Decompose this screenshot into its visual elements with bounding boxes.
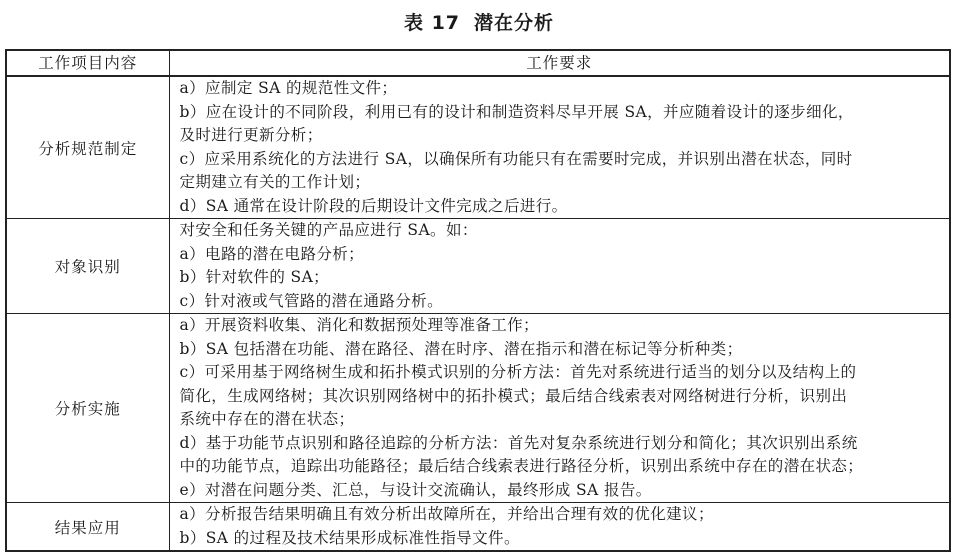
item-name-cell: 对象识别 xyxy=(6,219,169,314)
requirement-line: 系统中存在的潜在状态； xyxy=(180,408,940,432)
requirement-line: b）SA 包括潜在功能、潜在路径、潜在时序、潜在指示和潜在标记等分析种类； xyxy=(180,338,940,362)
table-caption: 表 17潜在分析 xyxy=(0,8,958,38)
requirement-line: 及时进行更新分析； xyxy=(180,124,940,148)
table-row: 对象识别 对安全和任务关键的产品应进行 SA。如： a）电路的潜在电路分析； b… xyxy=(6,219,950,314)
sneak-analysis-table: 工作项目内容 工作要求 分析规范制定 a）应制定 SA 的规范性文件； b）应在… xyxy=(5,49,951,552)
requirement-line: 简化，生成网络树；其次识别网络树中的拓扑模式；最后结合线索表对网络树进行分析，识… xyxy=(180,385,940,409)
requirement-cell: 对安全和任务关键的产品应进行 SA。如： a）电路的潜在电路分析； b）针对软件… xyxy=(169,219,950,314)
table-number: 表 17 xyxy=(404,12,460,34)
header-work-requirement: 工作要求 xyxy=(169,50,950,76)
requirement-line: d）SA 通常在设计阶段的后期设计文件完成之后进行。 xyxy=(180,195,940,219)
table-header-row: 工作项目内容 工作要求 xyxy=(6,50,950,76)
item-name-cell: 分析实施 xyxy=(6,314,169,503)
table-row: 分析规范制定 a）应制定 SA 的规范性文件； b）应在设计的不同阶段，利用已有… xyxy=(6,76,950,219)
requirement-line: 定期建立有关的工作计划； xyxy=(180,171,940,195)
item-name-cell: 分析规范制定 xyxy=(6,76,169,219)
requirement-line: a）应制定 SA 的规范性文件； xyxy=(180,77,940,101)
table-title: 潜在分析 xyxy=(474,12,554,34)
requirement-line: b）针对软件的 SA； xyxy=(180,266,940,290)
requirement-cell: a）应制定 SA 的规范性文件； b）应在设计的不同阶段，利用已有的设计和制造资… xyxy=(169,76,950,219)
requirement-line: a）开展资料收集、消化和数据预处理等准备工作； xyxy=(180,314,940,338)
requirement-line: a）分析报告结果明确且有效分析出故障所在，并给出合理有效的优化建议； xyxy=(180,503,940,527)
requirement-line: e）对潜在问题分类、汇总，与设计交流确认，最终形成 SA 报告。 xyxy=(180,479,940,503)
requirement-line: b）SA 的过程及技术结果形成标准性指导文件。 xyxy=(180,527,940,551)
requirement-line: 对安全和任务关键的产品应进行 SA。如： xyxy=(180,219,940,243)
item-name-cell: 结果应用 xyxy=(6,503,169,552)
table-row: 结果应用 a）分析报告结果明确且有效分析出故障所在，并给出合理有效的优化建议； … xyxy=(6,503,950,552)
requirement-line: a）电路的潜在电路分析； xyxy=(180,243,940,267)
requirement-line: d）基于功能节点识别和路径追踪的分析方法：首先对复杂系统进行划分和简化；其次识别… xyxy=(180,432,940,456)
header-work-item: 工作项目内容 xyxy=(6,50,169,76)
requirement-line: c）可采用基于网络树生成和拓扑模式识别的分析方法：首先对系统进行适当的划分以及结… xyxy=(180,361,940,385)
requirement-line: c）应采用系统化的方法进行 SA，以确保所有功能只有在需要时完成，并识别出潜在状… xyxy=(180,148,940,172)
requirement-line: c）针对液或气管路的潜在通路分析。 xyxy=(180,290,940,314)
requirement-cell: a）分析报告结果明确且有效分析出故障所在，并给出合理有效的优化建议； b）SA … xyxy=(169,503,950,552)
table-row: 分析实施 a）开展资料收集、消化和数据预处理等准备工作； b）SA 包括潜在功能… xyxy=(6,314,950,503)
requirement-line: 中的功能节点，追踪出功能路径；最后结合线索表进行路径分析，识别出系统中存在的潜在… xyxy=(180,455,940,479)
requirement-cell: a）开展资料收集、消化和数据预处理等准备工作； b）SA 包括潜在功能、潜在路径… xyxy=(169,314,950,503)
requirement-line: b）应在设计的不同阶段，利用已有的设计和制造资料尽早开展 SA，并应随着设计的逐… xyxy=(180,101,940,125)
